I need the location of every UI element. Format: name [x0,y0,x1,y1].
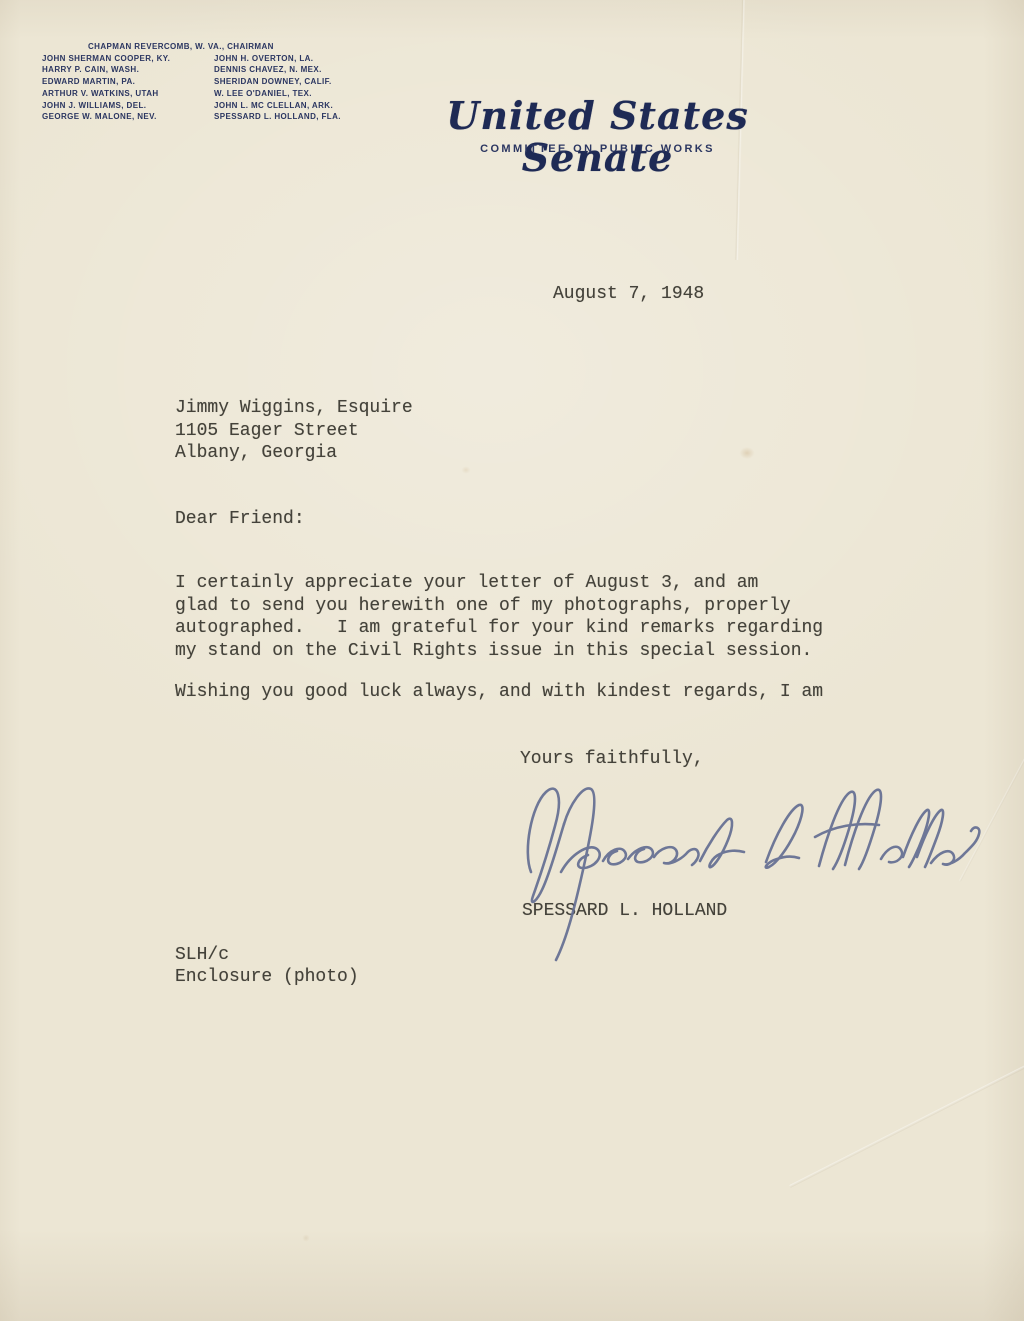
closing-line: Yours faithfully, [520,748,704,771]
committee-member: EDWARD MARTIN, PA. [42,76,214,88]
committee-chairman: CHAPMAN REVERCOMB, W. VA., CHAIRMAN [42,41,394,53]
committee-left-column: JOHN SHERMAN COOPER, KY. HARRY P. CAIN, … [42,53,214,123]
senate-masthead-title: United States Senate [405,95,790,179]
signature-strokes [528,788,980,960]
committee-member: SHERIDAN DOWNEY, CALIF. [214,76,341,88]
recipient-address: Jimmy Wiggins, Esquire 1105 Eager Street… [175,397,413,465]
paper-crease-bottom [789,994,1024,1187]
typed-signature-name: SPESSARD L. HOLLAND [522,900,727,923]
committee-member: JOHN J. WILLIAMS, DEL. [42,100,214,112]
committee-member: SPESSARD L. HOLLAND, FLA. [214,111,341,123]
committee-member: GEORGE W. MALONE, NEV. [42,111,214,123]
committee-member: JOHN SHERMAN COOPER, KY. [42,53,214,65]
paper-crease-right [959,686,1024,881]
committee-member-list: CHAPMAN REVERCOMB, W. VA., CHAIRMAN JOHN… [42,41,394,123]
letter-page: CHAPMAN REVERCOMB, W. VA., CHAIRMAN JOHN… [0,0,1024,1321]
committee-member: HARRY P. CAIN, WASH. [42,64,214,76]
letter-date: August 7, 1948 [553,283,704,306]
committee-right-column: JOHN H. OVERTON, LA. DENNIS CHAVEZ, N. M… [214,53,341,123]
reference-initials: SLH/c [175,944,229,967]
enclosure-note: Enclosure (photo) [175,966,359,989]
committee-member: JOHN L. MC CLELLAN, ARK. [214,100,341,112]
committee-member: W. LEE O'DANIEL, TEX. [214,88,341,100]
handwritten-signature [498,772,998,982]
body-paragraph-2: Wishing you good luck always, and with k… [175,681,895,704]
committee-member: DENNIS CHAVEZ, N. MEX. [214,64,341,76]
committee-member: JOHN H. OVERTON, LA. [214,53,341,65]
committee-member: ARTHUR V. WATKINS, UTAH [42,88,214,100]
committee-name: COMMITTEE ON PUBLIC WORKS [405,143,790,155]
body-paragraph-1: I certainly appreciate your letter of Au… [175,572,875,662]
salutation: Dear Friend: [175,508,305,531]
